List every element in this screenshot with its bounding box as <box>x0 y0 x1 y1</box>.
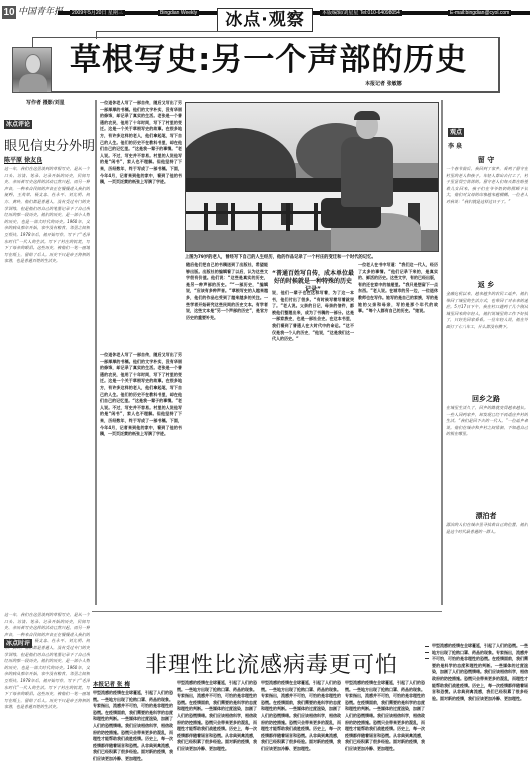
author-portrait <box>12 47 52 93</box>
editor-info: 本版编辑/刘星星 Tel:010-64098054 <box>320 10 402 16</box>
bottom-col4-body: 甲型流感的疫情在全球蔓延，引起了人们的恐慌。一些地方出现了抢购口罩、药品的现象。… <box>345 680 425 762</box>
photo-person-cap <box>354 111 380 120</box>
bottom-col2-body: 甲型流感的疫情在全球蔓延，引起了人们的恐慌。一些地方出现了抢购口罩、药品的现象。… <box>177 680 257 762</box>
title-dash <box>425 658 429 659</box>
column-divider-left <box>95 100 97 605</box>
bottom-col1-body: 甲型流感的疫情在全球蔓延，引起了人们的恐慌。一些地方出现了抢购口罩、药品的现象。… <box>93 690 173 762</box>
photo-caption: 上图为79岁的老人，曾经写下自己的人生经历，他的作品记录了一个村庄的变迁和一个时… <box>185 254 439 260</box>
right-column-author: 李 泉 <box>448 141 462 150</box>
photo-fence-post <box>286 203 290 231</box>
photo-fence-post <box>204 203 208 231</box>
main-headline: 草根写史:另一个声部的历史 <box>70 40 500 80</box>
right-section1-title: 留 守 <box>446 155 526 165</box>
center-col4-body: 一位老人在书中写道：“我们这一代人，经历了太多的事情。”他们记录下来的，是真实的… <box>358 262 438 602</box>
left-column-continued: 这一年，我们在这里谈到的草根写史，是从一个口头、访谈、笔录、记录开始的历史，民间… <box>4 612 90 762</box>
bottom-col3-body: 甲型流感的疫情在全球蔓延，引起了人们的恐慌。一些地方出现了抢购口罩、药品的现象。… <box>261 680 341 762</box>
portrait-body <box>19 74 47 93</box>
bottom-col5-body: 甲型流感的疫情在全球蔓延，引起了人们的恐慌。一些地方出现了抢购口罩、药品的现象。… <box>432 643 528 762</box>
page-number: 10 <box>2 6 16 19</box>
column-divider-right <box>441 100 443 605</box>
center-col2-body: 随后他们把自己的书稿送到了出版社，希望能够出版。出版社的编辑看了以后，认为这些文… <box>186 262 268 602</box>
center-col1-continued: 一位退休老人写了一部自传，随后又写出了另一部厚厚的书稿。他们的文字朴实，没有华丽… <box>100 352 182 602</box>
left-column-author: 陈平原 徐友良 <box>4 155 42 164</box>
photo-door <box>216 203 228 225</box>
title-dash <box>425 652 429 653</box>
portrait-face <box>25 54 41 74</box>
headline-byline: 本报记者 张敏娜 <box>365 80 402 87</box>
left-column-title: 眼见信史分外明 <box>4 135 95 154</box>
left-column-tag: 冰点评论 <box>4 120 32 129</box>
right-section3-body: 在城里生活久了，回乡的路就变得越来越长。一些人回到家乡，却发现已经不再适应乡村的… <box>446 405 528 512</box>
paper-name: 中国青年报 <box>18 6 63 19</box>
center-box-bottom-rule <box>92 611 442 612</box>
english-name: Bingdian Weekly <box>158 10 199 16</box>
portrait-caption: 写作者 摄影/刘星 <box>26 99 65 106</box>
right-section4-body: 漂泊的人们在城市里寻找着自己的位置，他们是这个时代最普通的一群人。 <box>446 522 528 642</box>
photo-fence-post <box>314 203 318 231</box>
right-section2-title: 返 乡 <box>446 280 526 290</box>
photo-roof <box>186 178 439 192</box>
right-section1-body: 一个春节前后，我回到了家乡，看到了留守在村里的老人和孩子。年轻人都出去打工了，村… <box>446 166 528 278</box>
left-column-body: 这一年，我们在这里谈到的草根写史，是从一个口头、访谈、笔录、记录开始的历史，民间… <box>4 166 90 606</box>
photo-person-body <box>341 137 393 207</box>
issue-date: 2009年5月20日 星期三 <box>70 10 125 16</box>
article-photo <box>185 102 439 252</box>
section-title: 冰点·观察 <box>217 8 313 32</box>
center-col3-body: 说，他们一辈子也在这样写着，为了这一本书，他们付出了很多。“有时候写着写着就哭了… <box>272 290 354 602</box>
title-dash <box>425 646 429 647</box>
center-col1-body: 一位退休老人写了一部自传，随后又写出了另一部厚厚的书稿。他们的文字朴实，没有华丽… <box>100 100 182 350</box>
right-section3-title: 回乡之路 <box>446 394 526 404</box>
bottom-article-title: 非理性比流感病毒更可怕 <box>145 648 398 679</box>
right-column-tag: 观点 <box>448 128 464 137</box>
right-section2-body: 金融危机以来，越来越多的农民工返乡，他们带回了城里的生活方式，也带回了对未来的迷… <box>446 291 528 399</box>
bottom-article-author: 本报记者 张 梅 <box>93 680 130 688</box>
photo-fence-post <box>231 203 235 231</box>
photo-fence-post <box>258 203 262 231</box>
page-header: 10 中国青年报 2009年5月20日 星期三 Bingdian Weekly … <box>0 6 530 19</box>
right-section4-title: 漂泊者 <box>446 511 526 521</box>
email-info: E-mail:bingdian@cyol.com <box>448 10 511 16</box>
